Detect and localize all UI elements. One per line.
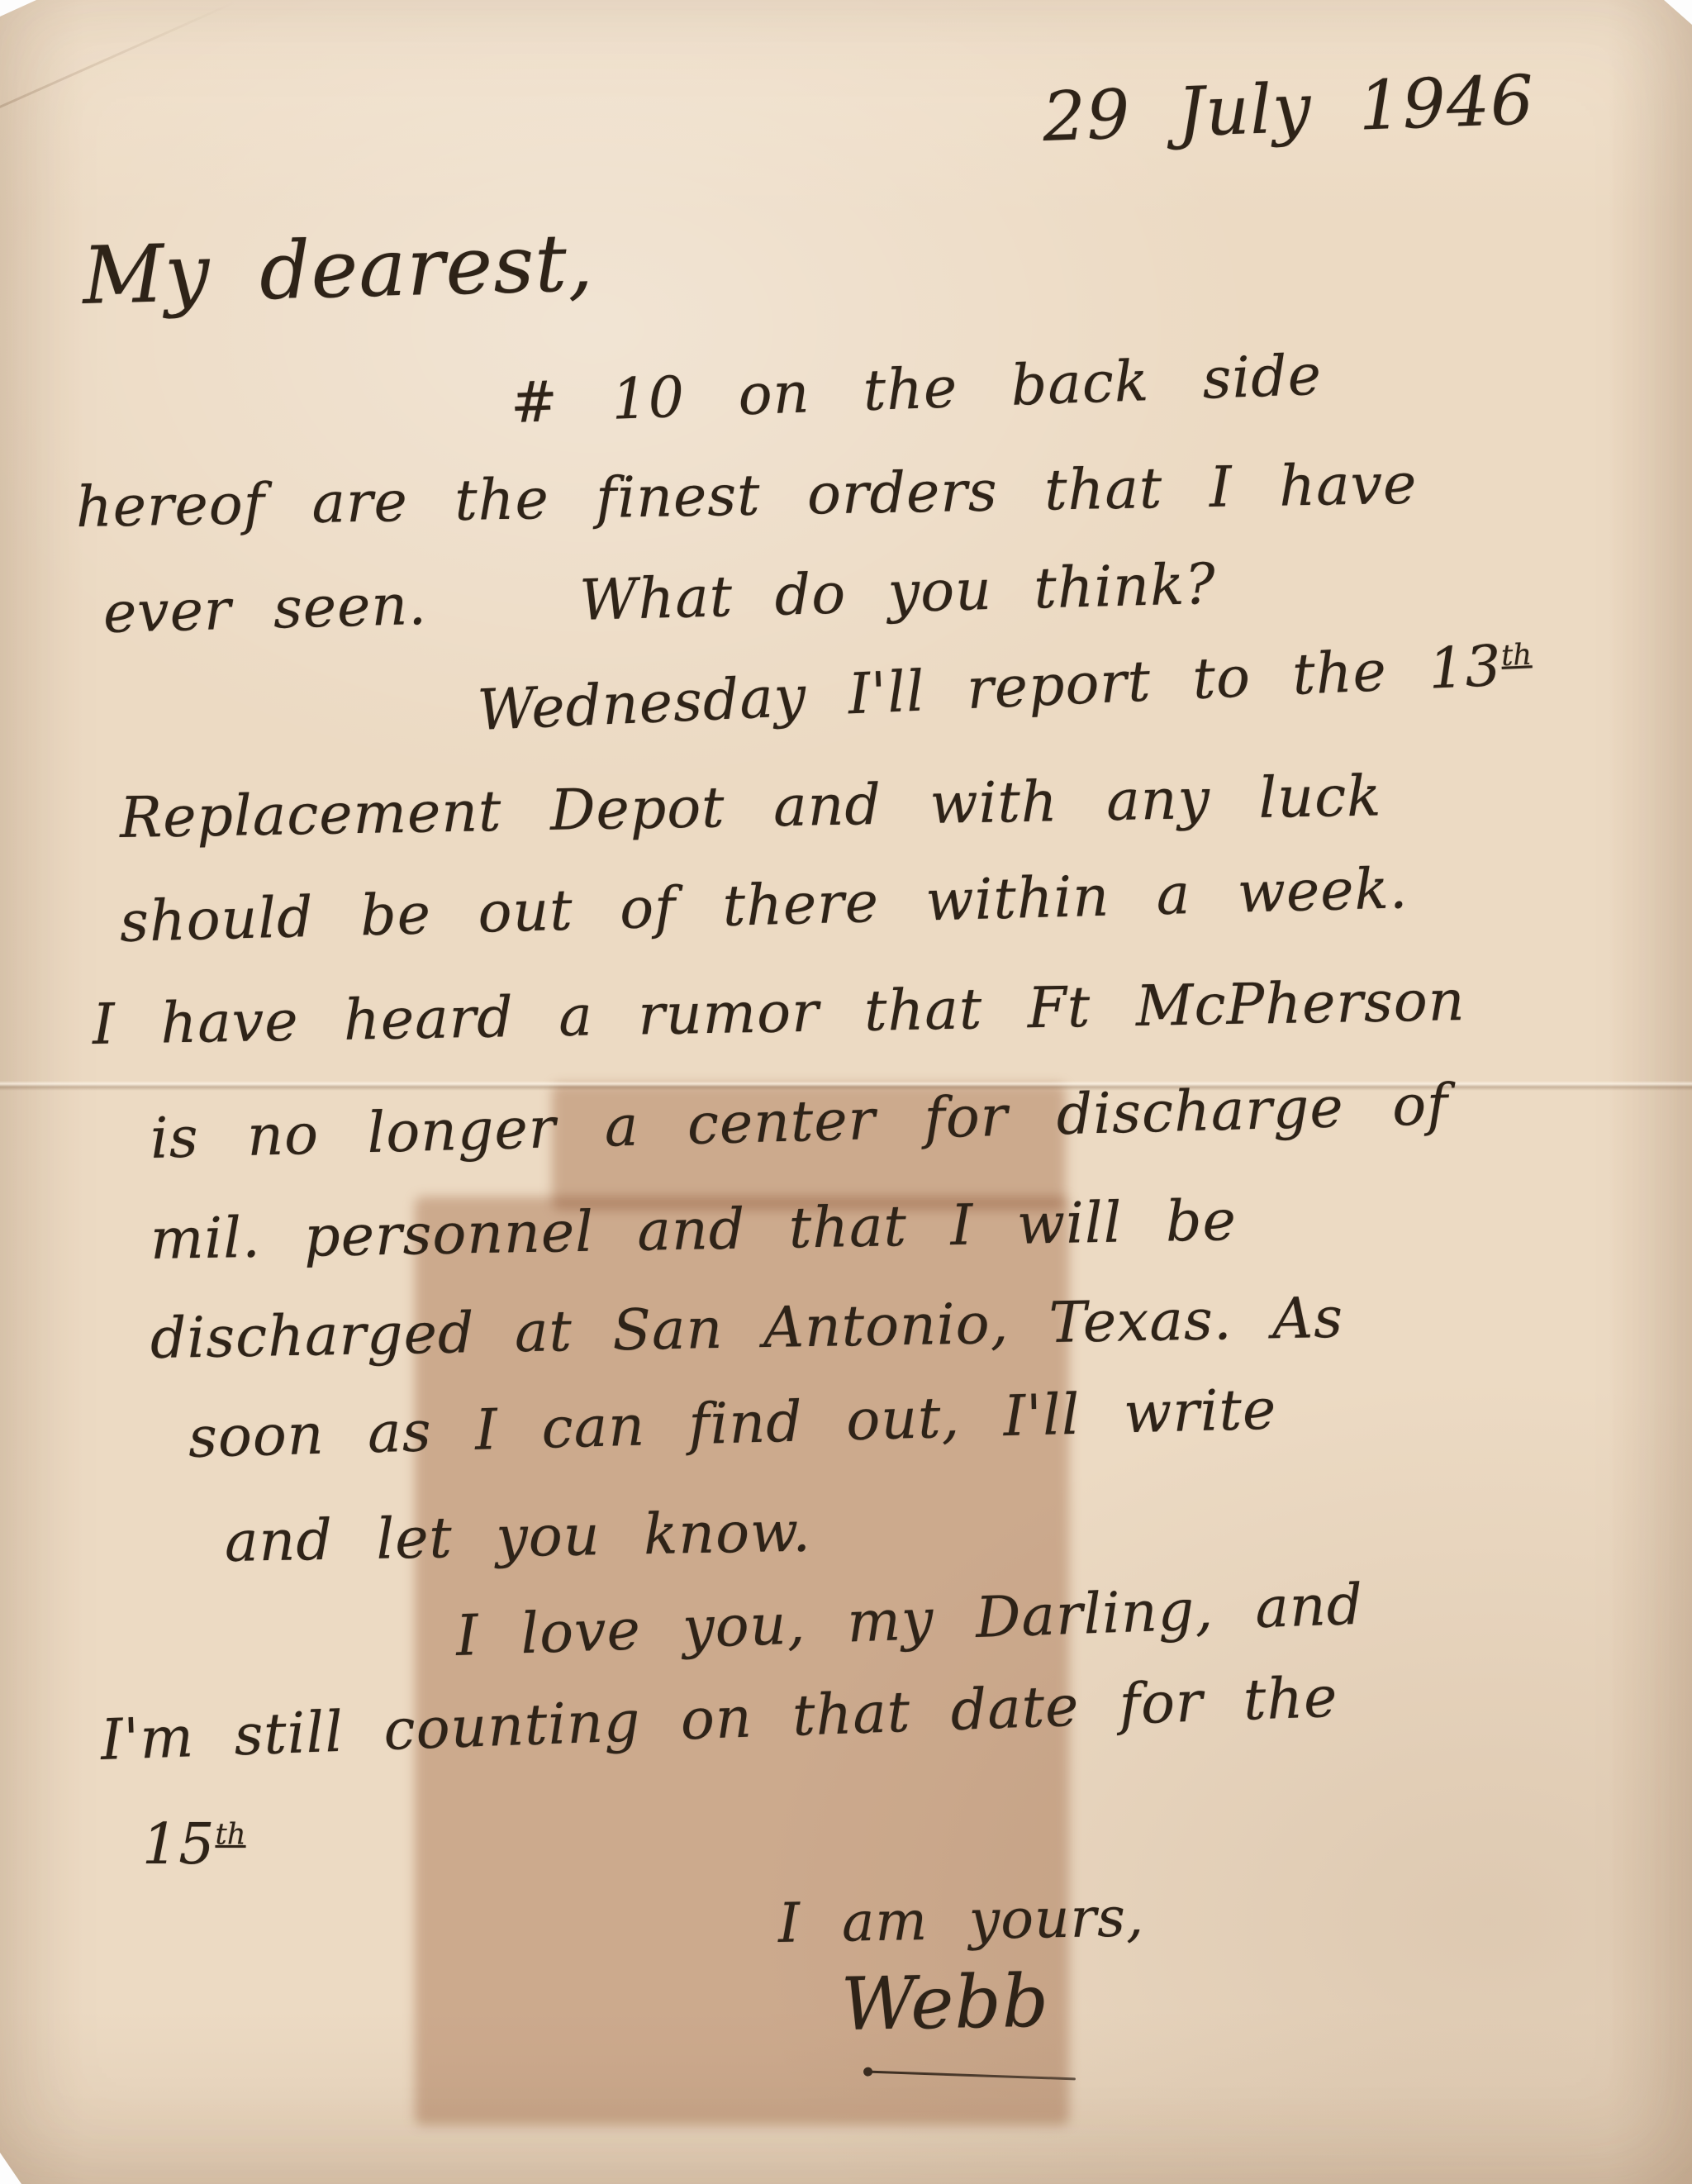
line-text: and let you know. [224, 1500, 811, 1575]
scan-corner-top-right [1664, 0, 1692, 25]
line-text: What do you think? [579, 552, 1217, 634]
letter-line: Wednesday I'll report to the 13th [476, 635, 1533, 742]
letter-line: hereof are the finest orders that I have [75, 454, 1418, 540]
letter-line: 15th [142, 1815, 246, 1877]
letter-signature: Webb [840, 1962, 1050, 2045]
line-text: should be out of there within a week. [119, 856, 1409, 955]
letter-line: soon as I can find out, I'll write [188, 1380, 1277, 1470]
line-text: # 10 on the back side [510, 343, 1324, 436]
letter-line: and let you know. [224, 1502, 811, 1574]
letter-line: mil. personnel and that I will be [150, 1191, 1237, 1272]
corner-crease [0, 1, 236, 117]
letter-closing: I am yours, [777, 1887, 1144, 1953]
scan-corner-top-left [0, 0, 36, 17]
line-text: hereof are the finest orders that I have [75, 452, 1418, 540]
line-text: Wednesday I'll report to the 13 [476, 634, 1503, 744]
letter-page: 29 July 1946 My dearest, # 10 on the bac… [0, 0, 1692, 2184]
letter-date: 29 July 1946 [1041, 64, 1535, 155]
letter-line: I have heard a rumor that Ft McPherson [92, 971, 1466, 1057]
scan-corner-bottom-left [0, 2153, 21, 2184]
ordinal-suffix: th [216, 1817, 246, 1851]
letter-line: # 10 on the back side [510, 345, 1323, 435]
line-text: ever seen. [102, 573, 428, 646]
letter-line: discharged at San Antonio, Texas. As [150, 1288, 1343, 1371]
letter-line: should be out of there within a week. [119, 859, 1409, 954]
line-text: discharged at San Antonio, Texas. As [150, 1286, 1343, 1372]
line-text: I have heard a rumor that Ft McPherson [92, 968, 1466, 1058]
line-text: Replacement Depot and with any luck [119, 764, 1382, 851]
letter-salutation: My dearest, [82, 220, 595, 321]
letter-line: Replacement Depot and with any luck [119, 766, 1382, 849]
line-text: 15 [142, 1812, 216, 1877]
ordinal-suffix: th [1500, 638, 1533, 673]
letter-line: ever seen.What do you think? [102, 554, 1217, 645]
line-text: mil. personnel and that I will be [150, 1188, 1237, 1273]
